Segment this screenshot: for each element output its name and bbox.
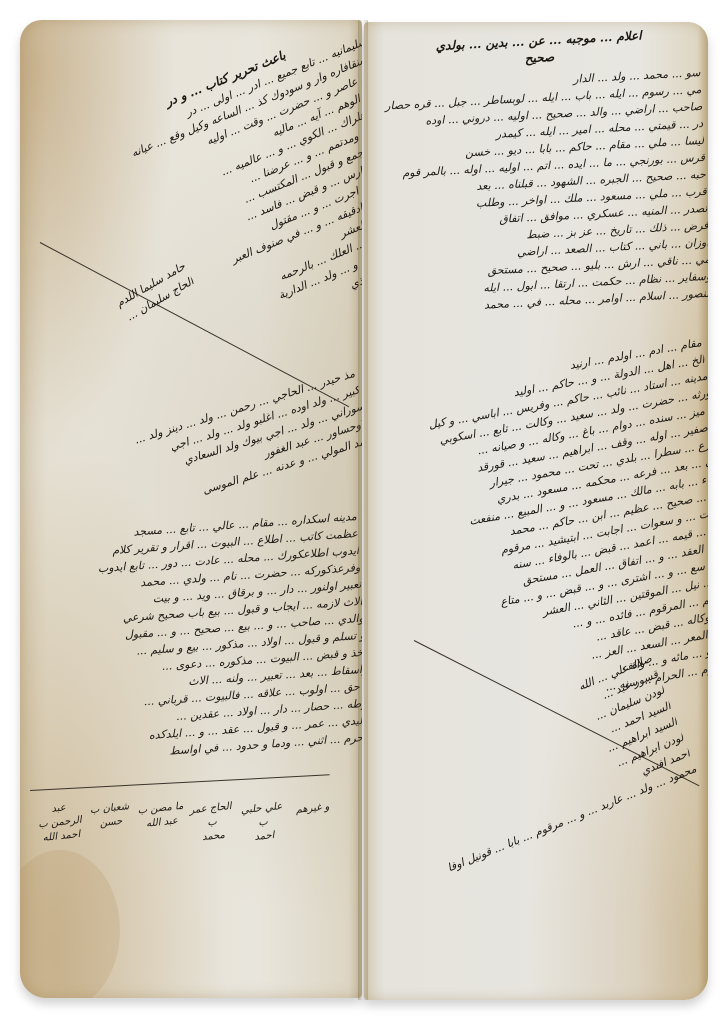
witness-divider-line (30, 774, 330, 791)
open-manuscript: باعث تحرير كتاب ... و در مدرسه سليمانيه … (0, 0, 728, 1024)
water-stain (20, 850, 120, 998)
witness-name: و غيرهم (289, 800, 341, 864)
right-title-block: اعلام ... موجبه ... عن ... بدين ... بولد… (408, 26, 669, 74)
witness-name: علي حلبي ب احمد (238, 800, 290, 864)
left-page: باعث تحرير كتاب ... و در مدرسه سليمانيه … (20, 20, 362, 998)
right-middle-text-block: مقام ... ادم ... اولدم ... ارنيد الخ ...… (375, 334, 708, 726)
witness-signatures-row: عبد الرحمن ب احمد الله شعبان ب حسن ما مص… (38, 802, 338, 862)
book-gutter (358, 20, 368, 1000)
left-middle-notes: مذ حيدر ... الحاجي ... رحمن ... ولد ... … (65, 365, 362, 534)
witness-name: الحاج عمر ب محمد (187, 800, 239, 864)
witness-name: عبد الرحمن ب احمد الله (35, 800, 87, 864)
left-bottom-text-block: مدينه اسكداره ... مقام ... عالي ... تابع… (37, 508, 362, 768)
right-top-text-block: سو ... محمد ... ولد ... الدار مي ... رسو… (374, 64, 708, 319)
right-page: اعلام ... موجبه ... عن ... بدين ... بولد… (364, 22, 708, 1000)
witness-name: شعبان ب حسن (86, 800, 138, 864)
witness-name: ما مصن ب عبد الله (137, 800, 189, 864)
